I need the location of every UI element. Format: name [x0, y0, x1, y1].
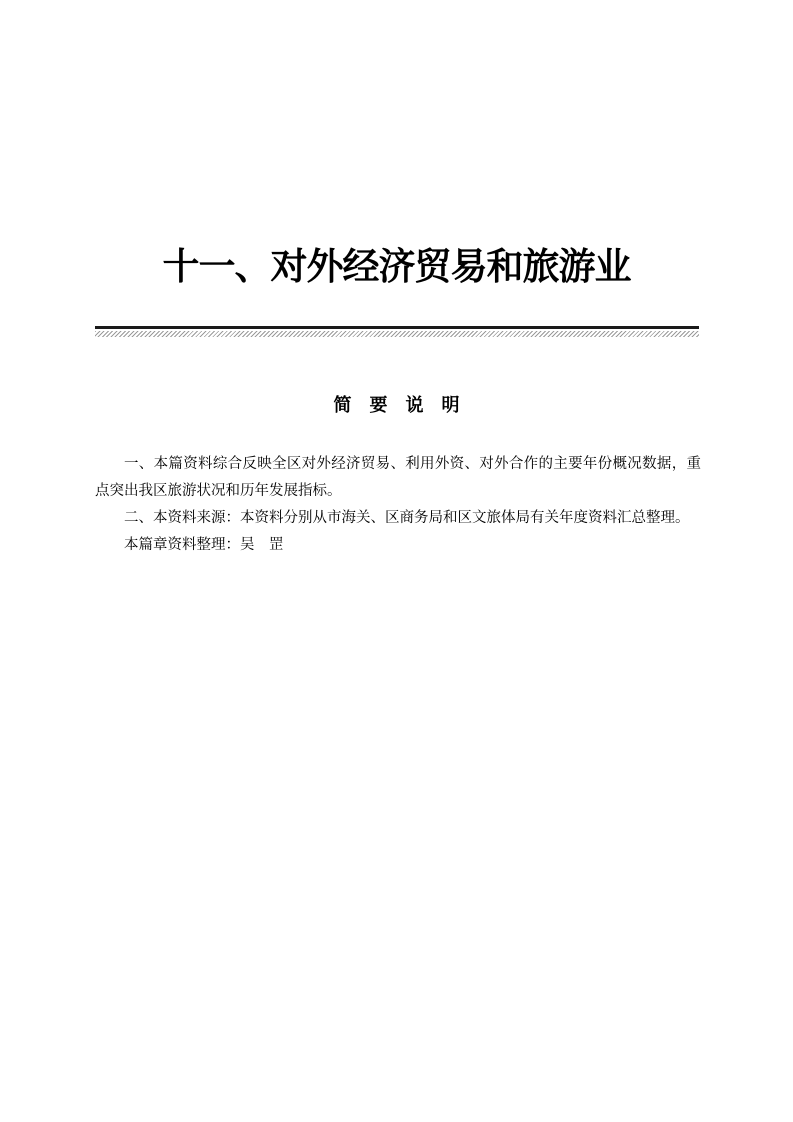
- decorative-divider: [95, 326, 699, 337]
- chapter-title: 十一、对外经济贸易和旅游业: [0, 244, 793, 290]
- compiler-credit: 本篇章资料整理：吴 罡: [95, 532, 701, 559]
- paragraph-overview: 一、本篇资料综合反映全区对外经济贸易、利用外资、对外合作的主要年份概况数据，重点…: [95, 451, 701, 505]
- paragraph-data-source: 二、本资料来源：本资料分别从市海关、区商务局和区文旅体局有关年度资料汇总整理。: [95, 505, 701, 532]
- section-heading: 简 要 说 明: [0, 392, 793, 418]
- divider-solid-line: [95, 326, 699, 329]
- document-page: 十一、对外经济贸易和旅游业 简 要 说 明 一、本篇资料综合反映全区对外经济贸易…: [0, 0, 793, 1122]
- divider-hatch-band: [95, 331, 699, 337]
- body-content: 一、本篇资料综合反映全区对外经济贸易、利用外资、对外合作的主要年份概况数据，重点…: [95, 451, 701, 559]
